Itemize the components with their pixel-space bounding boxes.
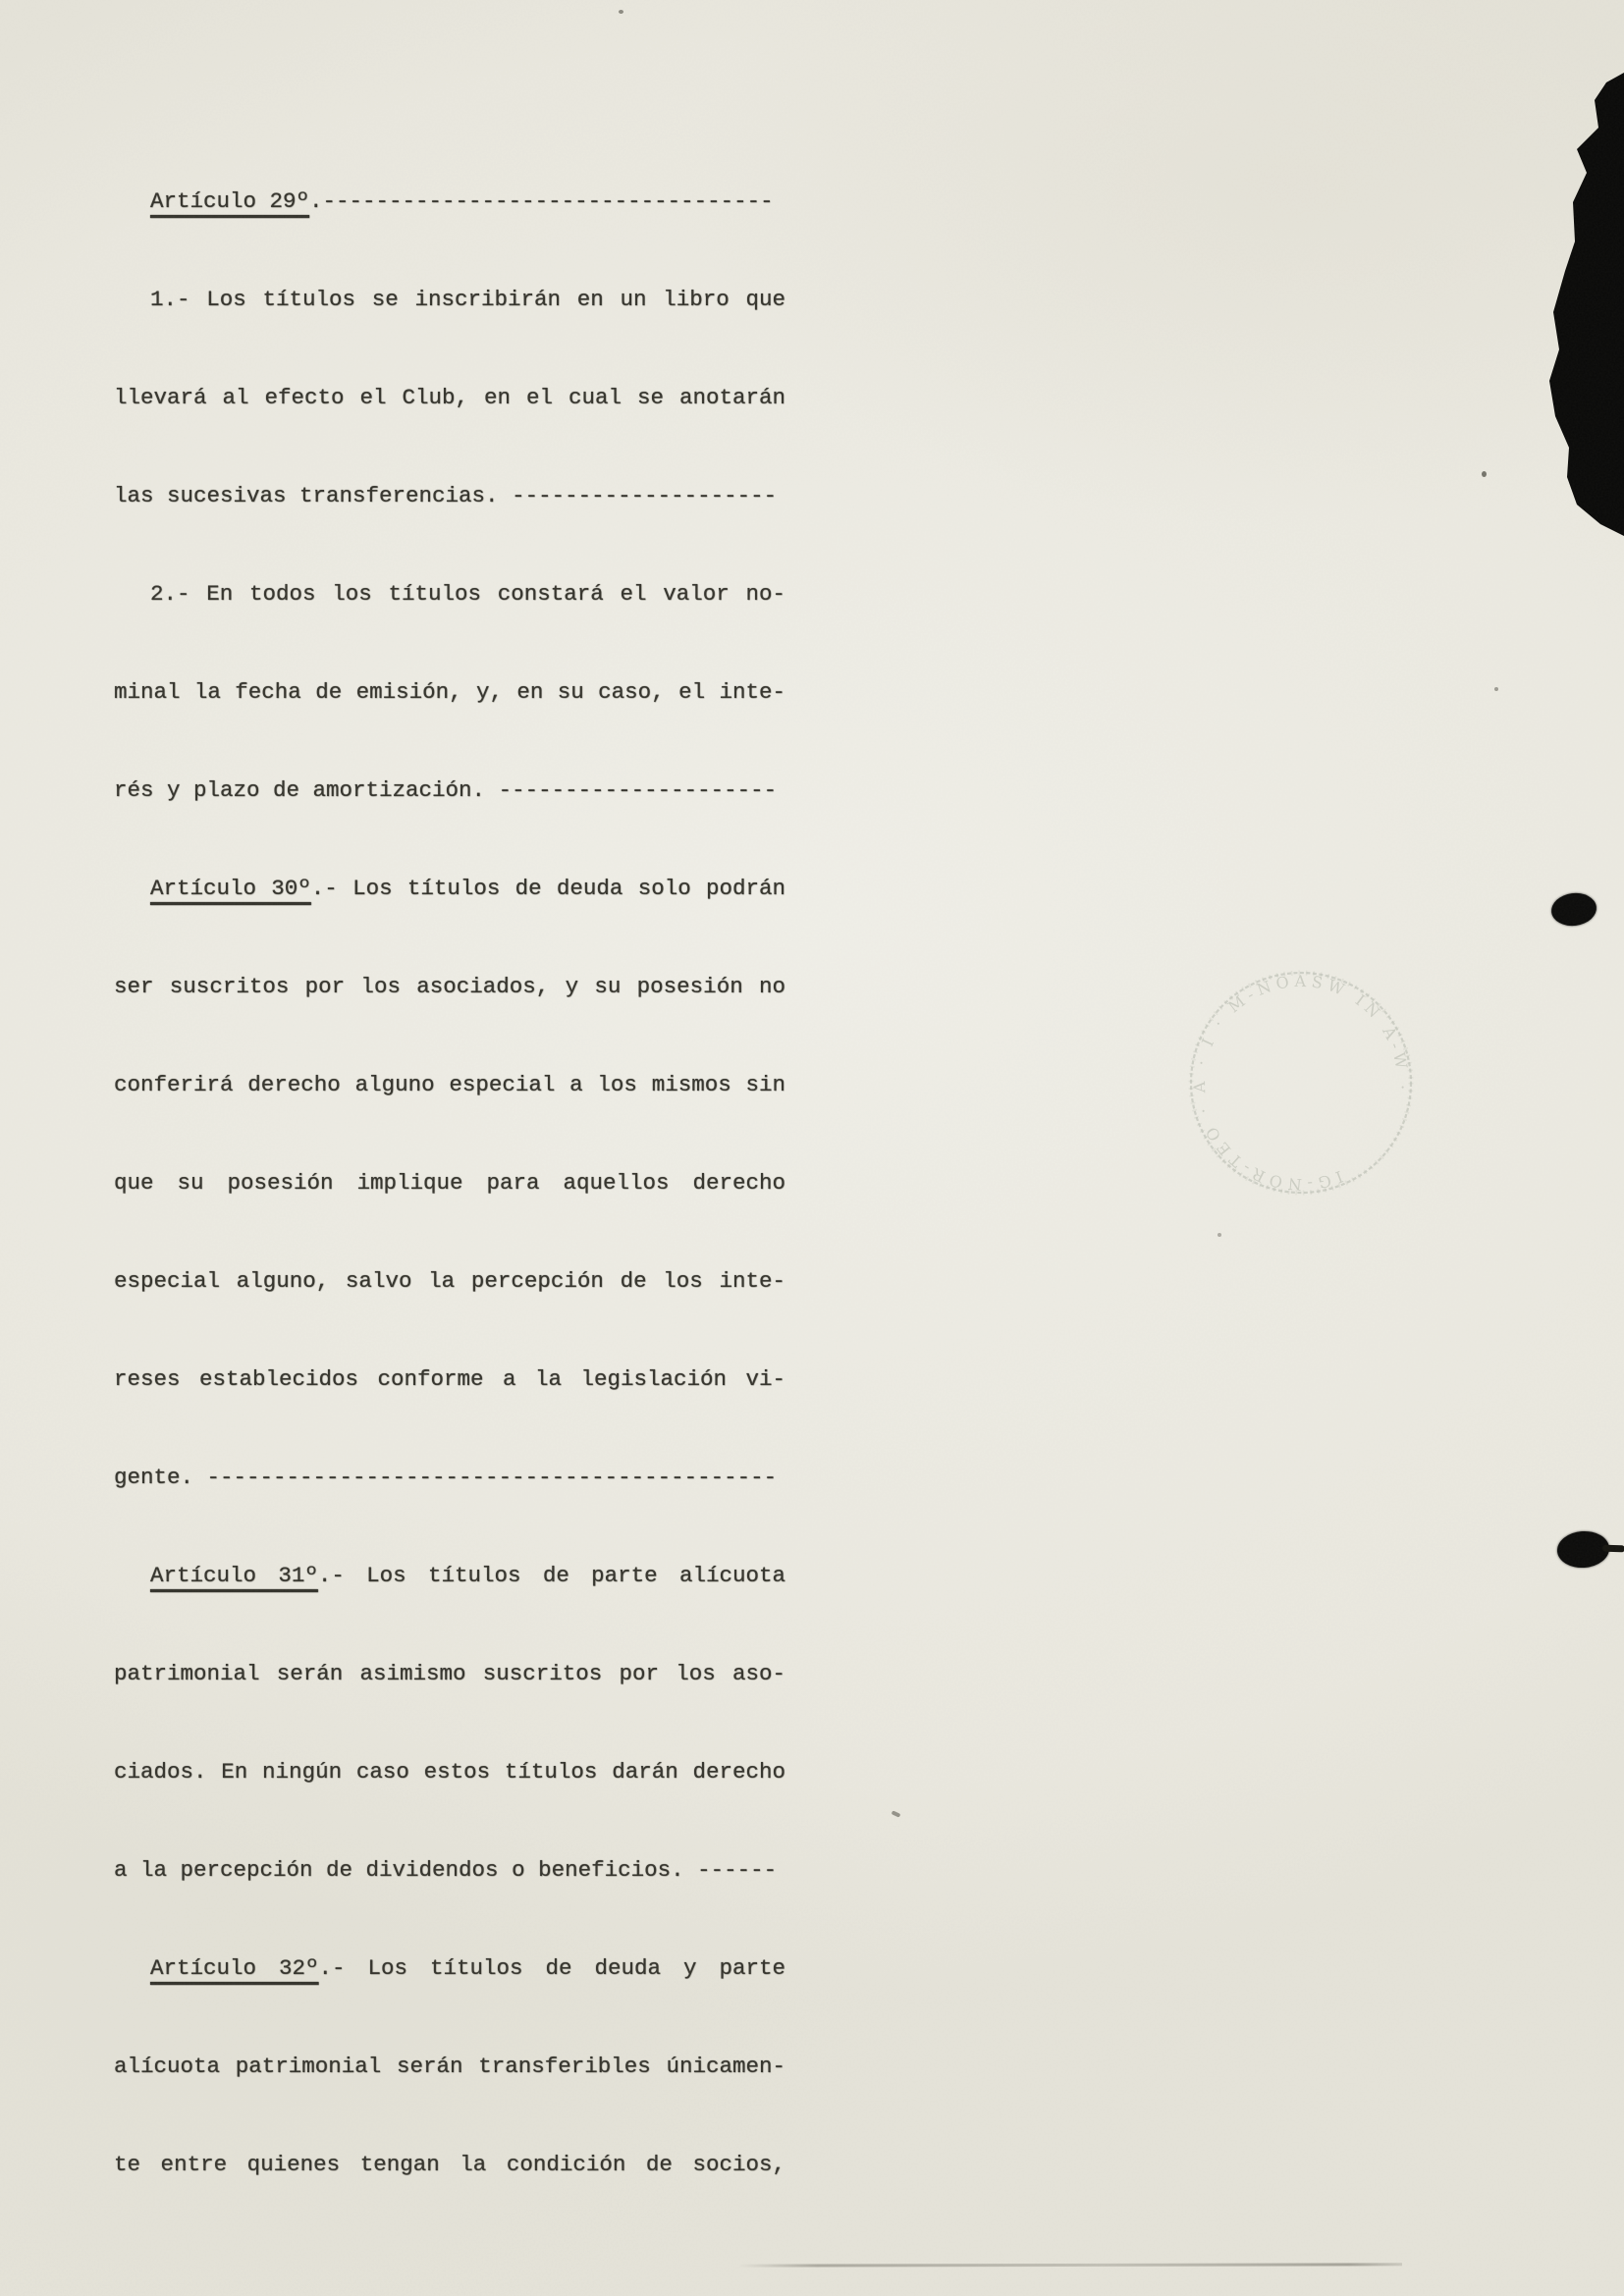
round-stamp: IG-NOR-TEO · A · I · M-NOASW IN A-W · — [1173, 957, 1429, 1212]
document-text: Artículo 29º.---------------------------… — [114, 152, 785, 2214]
text-line: Artículo 29º.---------------------------… — [114, 152, 785, 250]
svg-text:IG-NOR-TEO · A · I · M-NOASW: IG-NOR-TEO · A · I · M-NOASW IN A-W · — [1173, 957, 1429, 1212]
text-line: que su posesión implique para aquellos d… — [114, 1134, 785, 1232]
text-line: Artículo 31º.- Los títulos de parte alíc… — [114, 1526, 785, 1625]
article-heading: Artículo 29º — [150, 188, 309, 214]
article-heading: Artículo 30º — [150, 876, 311, 901]
ink-speck — [619, 10, 623, 14]
text-line: patrimonial serán asimismo suscritos por… — [114, 1625, 785, 1723]
text-line: minal la fecha de emisión, y, en su caso… — [114, 643, 785, 741]
text-line: especial alguno, salvo la percepción de … — [114, 1232, 785, 1330]
ink-speck — [892, 1810, 901, 1817]
text-line: reses establecidos conforme a la legisla… — [114, 1330, 785, 1428]
scanned-page: Artículo 29º.---------------------------… — [0, 0, 1624, 2296]
text-line: ciados. En ningún caso estos títulos dar… — [114, 1723, 785, 1821]
text-line: rés y plazo de amortización. -----------… — [114, 741, 785, 839]
text-line: 2.- En todos los títulos constará el val… — [114, 545, 785, 643]
text-line: gente. ---------------------------------… — [114, 1428, 785, 1526]
ink-speck — [1494, 687, 1498, 691]
torn-paper-mark — [1524, 57, 1624, 548]
ink-speck — [1482, 471, 1487, 477]
text-line: 1.- Los títulos se inscribirán en un lib… — [114, 250, 785, 348]
article-heading: Artículo 32º — [150, 1955, 319, 1981]
article-heading: Artículo 31º — [150, 1563, 318, 1588]
text-line: a la percepción de dividendos o benefici… — [114, 1821, 785, 1919]
stamp-ring-text: IG-NOR-TEO · A · I · M-NOASW IN A-W · — [1173, 957, 1429, 1212]
ink-speck — [1218, 1233, 1221, 1237]
text-line: Artículo 30º.- Los títulos de deuda solo… — [114, 839, 785, 937]
text-line: Artículo 32º.- Los títulos de deuda y pa… — [114, 1919, 785, 2017]
text-line: llevará al efecto el Club, en el cual se… — [114, 348, 785, 447]
text-line: las sucesivas transferencias. ----------… — [114, 447, 785, 545]
scan-line-artifact — [738, 2263, 1402, 2267]
text-line: alícuota patrimonial serán transferibles… — [114, 2017, 785, 2115]
text-line: te entre quienes tengan la condición de … — [114, 2115, 785, 2214]
text-line: ser suscritos por los asociados, y su po… — [114, 937, 785, 1036]
hole-punch-smudge — [1602, 1545, 1624, 1553]
hole-punch-mark — [1549, 890, 1598, 928]
text-line: conferirá derecho alguno especial a los … — [114, 1036, 785, 1134]
